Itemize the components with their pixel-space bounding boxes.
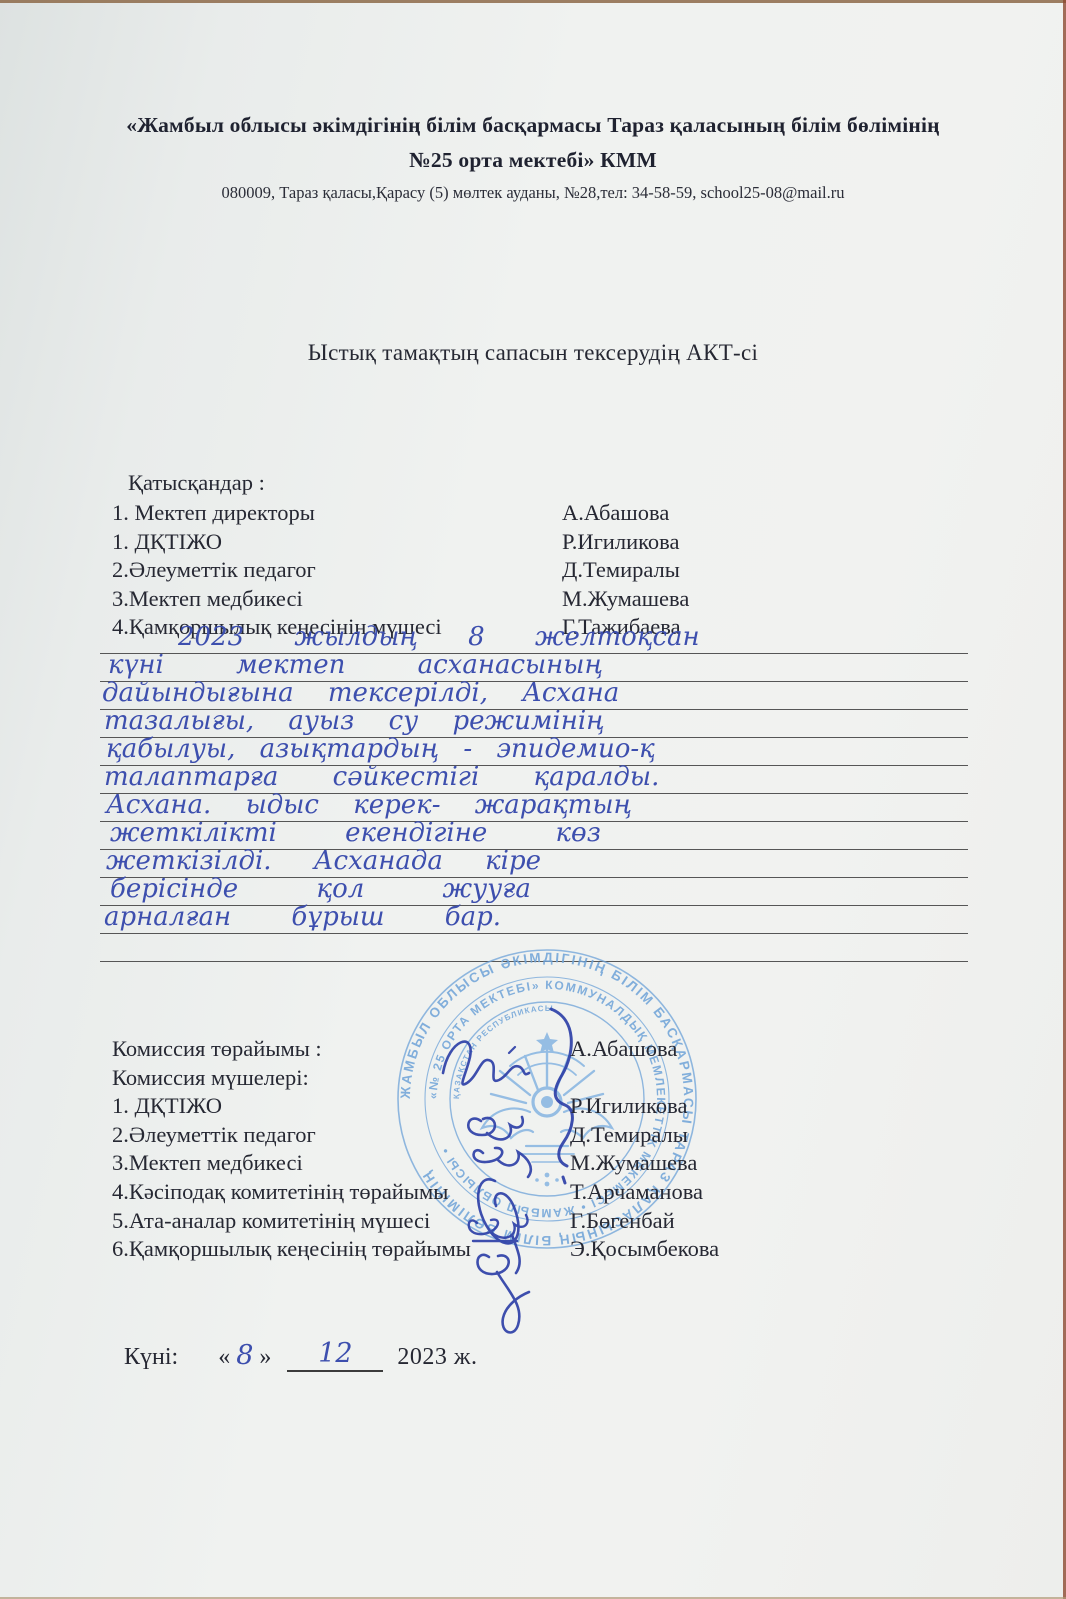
year-text: 2023 ж. <box>397 1344 477 1370</box>
commission-member-row: 3.Мектеп медбикесі М.Жумашева <box>112 1150 992 1179</box>
handwriting-line: берісінде қол жууға <box>100 874 531 904</box>
commission-member-row: 4.Кәсіподақ комитетінің төрайымы Т.Арчам… <box>112 1179 992 1208</box>
member-role: 6.Қамқоршылық кеңесінің төрайымы <box>112 1236 471 1261</box>
handwriting-line: талаптарға сәйкестігі қаралды. <box>100 762 659 792</box>
handwriting-line: 2023 жылдың 8 желтоқсан <box>100 622 700 652</box>
handwriting-line: дайындығына тексерілді, Асхана <box>100 678 619 708</box>
letterhead: «Жамбыл облысы әкімдігінің білім басқарм… <box>0 108 1066 203</box>
participant-name: Д.Темиралы <box>562 557 680 583</box>
date-label: Күні: <box>124 1344 178 1370</box>
participant-name: А.Абашова <box>562 500 669 526</box>
commission-member-row: 1. ДҚТІЖО Р.Игиликова <box>112 1093 992 1122</box>
member-name: М.Жумашева <box>570 1150 697 1176</box>
org-address: 080009, Тараз қаласы,Қарасу (5) мөлтек а… <box>0 183 1066 203</box>
handwriting-line: күні мектеп асханасының <box>100 650 603 680</box>
signature-member-6 <box>478 1255 530 1333</box>
member-role: 2.Әлеуметтік педагог <box>112 1122 316 1147</box>
close-quote: » <box>259 1344 271 1370</box>
handwriting-line: қабылуы, азықтардың - эпидемио-қ <box>100 734 655 764</box>
handwriting-line: тазалығы, ауыз су режимінің <box>100 706 605 736</box>
ruled-line: арналған бұрыш бар. <box>100 906 968 934</box>
handwritten-month: 12 <box>318 1338 352 1369</box>
commission-member-row: 6.Қамқоршылық кеңесінің төрайымы Э.Қосым… <box>112 1236 992 1265</box>
commission-chair-row: Комиссия төрайымы : А.Абашова <box>112 1036 992 1065</box>
member-role: 1. ДҚТІЖО <box>112 1093 222 1118</box>
participants-section: Қатысқандар : 1. Мектеп директоры А.Абаш… <box>112 470 972 643</box>
member-role: 5.Ата-аналар комитетінің мүшесі <box>112 1208 430 1233</box>
member-name: Г.Бөгенбай <box>570 1208 675 1234</box>
document-title: Ыстық тамақтың сапасын тексерудің АКТ-сі <box>0 340 1066 366</box>
participant-role: 1. Мектеп директоры <box>112 500 315 525</box>
participant-role: 1. ДҚТІЖО <box>112 529 222 554</box>
open-quote: « <box>218 1344 230 1370</box>
member-role: 3.Мектеп медбикесі <box>112 1150 303 1175</box>
handwriting-line: жеткілікті екендігіне көз <box>100 818 601 848</box>
commission-member-row: 5.Ата-аналар комитетінің мүшесі Г.Бөгенб… <box>112 1208 992 1237</box>
org-name-line1: «Жамбыл облысы әкімдігінің білім басқарм… <box>0 108 1066 143</box>
commission-chair-label: Комиссия төрайымы : <box>112 1036 322 1061</box>
participant-row: 1. ДҚТІЖО Р.Игиликова <box>112 529 972 558</box>
handwriting-line: Асхана. ыдыс керек- жарақтың <box>100 790 632 820</box>
commission-section: Комиссия төрайымы : А.Абашова Комиссия м… <box>112 1036 992 1265</box>
participant-name: М.Жумашева <box>562 586 689 612</box>
commission-members-label-row: Комиссия мүшелері: <box>112 1065 992 1094</box>
participant-row: 2.Әлеуметтік педагог Д.Темиралы <box>112 557 972 586</box>
member-name: Р.Игиликова <box>570 1093 687 1119</box>
participant-role: 2.Әлеуметтік педагог <box>112 557 316 582</box>
commission-member-row: 2.Әлеуметтік педагог Д.Темиралы <box>112 1122 992 1151</box>
handwriting-line: арналған бұрыш бар. <box>100 902 501 932</box>
date-line: Күні:«8»122023 ж. <box>124 1340 477 1372</box>
handwritten-day: 8 <box>236 1340 253 1371</box>
participant-row: 1. Мектеп директоры А.Абашова <box>112 500 972 529</box>
commission-chair-name: А.Абашова <box>570 1036 677 1062</box>
scan-edge-top <box>0 0 1066 3</box>
member-name: Д.Темиралы <box>570 1122 688 1148</box>
member-name: Т.Арчаманова <box>570 1179 703 1205</box>
participant-name: Р.Игиликова <box>562 529 679 555</box>
commission-members-label: Комиссия мүшелері: <box>112 1065 309 1090</box>
participant-role: 3.Мектеп медбикесі <box>112 586 303 611</box>
org-name-line2: №25 орта мектебі» КММ <box>0 143 1066 178</box>
month-underline: 12 <box>287 1340 383 1372</box>
member-name: Э.Қосымбекова <box>570 1236 719 1262</box>
participant-row: 3.Мектеп медбикесі М.Жумашева <box>112 586 972 615</box>
participants-heading: Қатысқандар : <box>128 470 972 500</box>
handwritten-act-text: 2023 жылдың 8 желтоқсан күні мектеп асха… <box>100 626 968 962</box>
member-role: 4.Кәсіподақ комитетінің төрайымы <box>112 1179 448 1204</box>
scanned-document: «Жамбыл облысы әкімдігінің білім басқарм… <box>0 0 1066 1599</box>
handwriting-line: жеткізілді. Асханада кіре <box>100 846 541 876</box>
